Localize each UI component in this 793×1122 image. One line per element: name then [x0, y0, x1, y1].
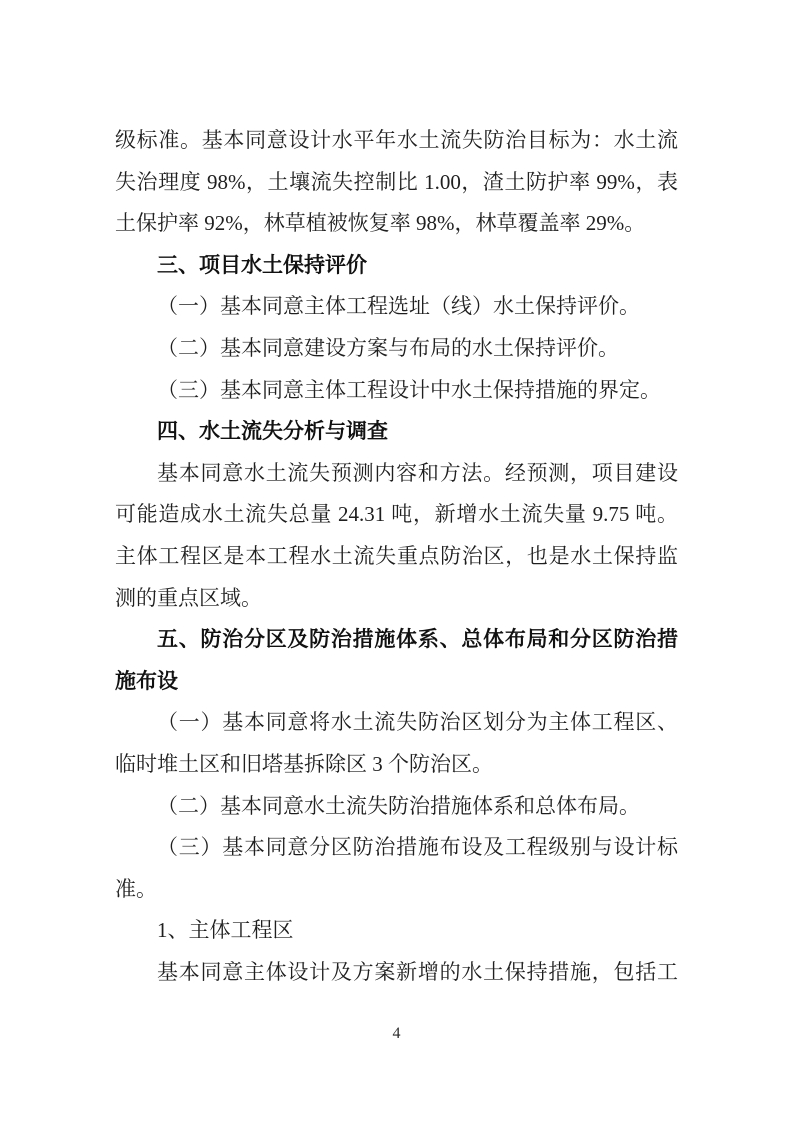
text-line: 可能造成水土流失总量 24.31 吨，新增水土流失量 9.75 吨。 [115, 494, 678, 536]
section-heading: 五、防治分区及防治措施体系、总体布局和分区防治措 [115, 619, 678, 661]
text-line: 基本同意水土流失预测内容和方法。经预测，项目建设 [115, 453, 678, 495]
page-number: 4 [0, 1022, 793, 1046]
document-body: 级标准。基本同意设计水平年水土流失防治目标为：水土流 失治理度 98%，土壤流失… [115, 120, 678, 993]
text-line: 基本同意主体设计及方案新增的水土保持措施，包括工 [115, 952, 678, 994]
text-line: 1、主体工程区 [115, 910, 678, 952]
text-line: （二）基本同意建设方案与布局的水土保持评价。 [115, 328, 678, 370]
text-line: （三）基本同意分区防治措施布设及工程级别与设计标 [115, 827, 678, 869]
text-line: 失治理度 98%，土壤流失控制比 1.00，渣土防护率 99%，表 [115, 162, 678, 204]
text-line: （一）基本同意将水土流失防治区划分为主体工程区、 [115, 702, 678, 744]
text-line: 临时堆土区和旧塔基拆除区 3 个防治区。 [115, 744, 678, 786]
section-heading: 四、水土流失分析与调查 [115, 411, 678, 453]
text-line: （一）基本同意主体工程选址（线）水土保持评价。 [115, 286, 678, 328]
text-line: 测的重点区域。 [115, 578, 678, 620]
text-line: 级标准。基本同意设计水平年水土流失防治目标为：水土流 [115, 120, 678, 162]
text-line: 土保护率 92%，林草植被恢复率 98%，林草覆盖率 29%。 [115, 203, 678, 245]
section-heading: 三、项目水土保持评价 [115, 245, 678, 287]
text-line: （二）基本同意水土流失防治措施体系和总体布局。 [115, 786, 678, 828]
section-heading: 施布设 [115, 661, 678, 703]
text-line: 主体工程区是本工程水土流失重点防治区，也是水土保持监 [115, 536, 678, 578]
text-line: （三）基本同意主体工程设计中水土保持措施的界定。 [115, 370, 678, 412]
document-page: 级标准。基本同意设计水平年水土流失防治目标为：水土流 失治理度 98%，土壤流失… [0, 0, 793, 1122]
text-line: 准。 [115, 869, 678, 911]
